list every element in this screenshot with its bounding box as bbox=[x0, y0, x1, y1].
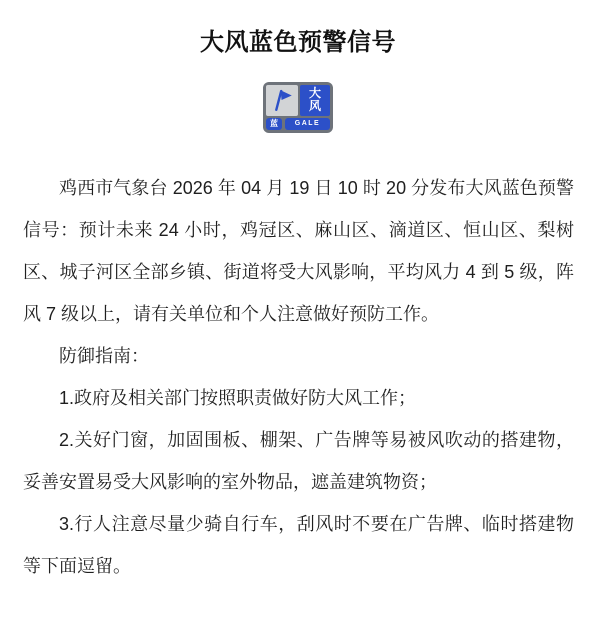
wind-flag-panel bbox=[266, 85, 298, 116]
defense-guide-heading: 防御指南： bbox=[23, 335, 574, 377]
warning-body: 鸡西市气象台 2026 年 04 月 19 日 10 时 20 分发布大风蓝色预… bbox=[23, 167, 574, 587]
warning-type-char-bottom: 风 bbox=[309, 100, 321, 113]
warning-type-label: 大 风 bbox=[300, 85, 330, 116]
defense-guide-item-3: 3.行人注意尽量少骑自行车，刮风时不要在广告牌、临时搭建物等下面逗留。 bbox=[23, 503, 574, 587]
defense-guide-item-2: 2.关好门窗，加固围板、棚架、广告牌等易被风吹动的搭建物，妥善安置易受大风影响的… bbox=[23, 419, 574, 503]
warning-icon-row: 大 风 蓝 GALE bbox=[0, 82, 596, 133]
page-title: 大风蓝色预警信号 bbox=[0, 0, 596, 58]
defense-guide-item-1: 1.政府及相关部门按照职责做好防大风工作； bbox=[23, 377, 574, 419]
warning-body-paragraph: 鸡西市气象台 2026 年 04 月 19 日 10 时 20 分发布大风蓝色预… bbox=[23, 167, 574, 335]
warning-level-badge: 蓝 bbox=[266, 118, 282, 130]
gale-blue-warning-icon: 大 风 蓝 GALE bbox=[263, 82, 333, 133]
warning-icon-bottom-row: 蓝 GALE bbox=[266, 118, 330, 130]
warning-level-en-badge: GALE bbox=[285, 118, 330, 130]
wind-flag-icon bbox=[269, 87, 295, 113]
warning-notice-page: 大风蓝色预警信号 大 风 蓝 GALE 鸡西市气象台 2026 年 04 月 1… bbox=[0, 0, 596, 629]
